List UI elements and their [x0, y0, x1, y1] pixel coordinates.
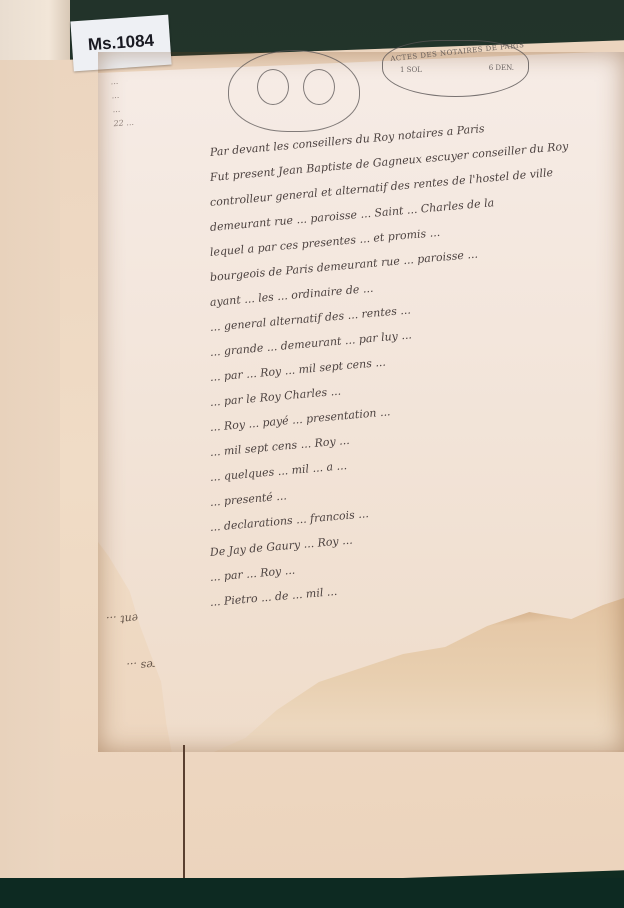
margin-note: ... ... ... 22 ...	[110, 69, 209, 131]
stamp-value-left: 1 SOL	[400, 66, 422, 74]
mount-seam	[183, 745, 185, 885]
right-tax-stamp: ACTES DES NOTAIRES DE PARIS 1 SOL 6 DEN.	[382, 28, 532, 98]
stamp-value-right: 6 DEN.	[489, 64, 514, 72]
shelfmark-text: Ms.1084	[87, 31, 154, 56]
handwritten-text: Par devant les conseillers du Roy notair…	[210, 140, 624, 615]
stamp-wheel-icon	[303, 69, 335, 105]
left-tax-stamp	[228, 50, 360, 132]
green-cloth-bottom	[0, 878, 624, 908]
stamp-circle-icon	[257, 69, 289, 105]
shelfmark-label: Ms.1084	[70, 15, 171, 72]
